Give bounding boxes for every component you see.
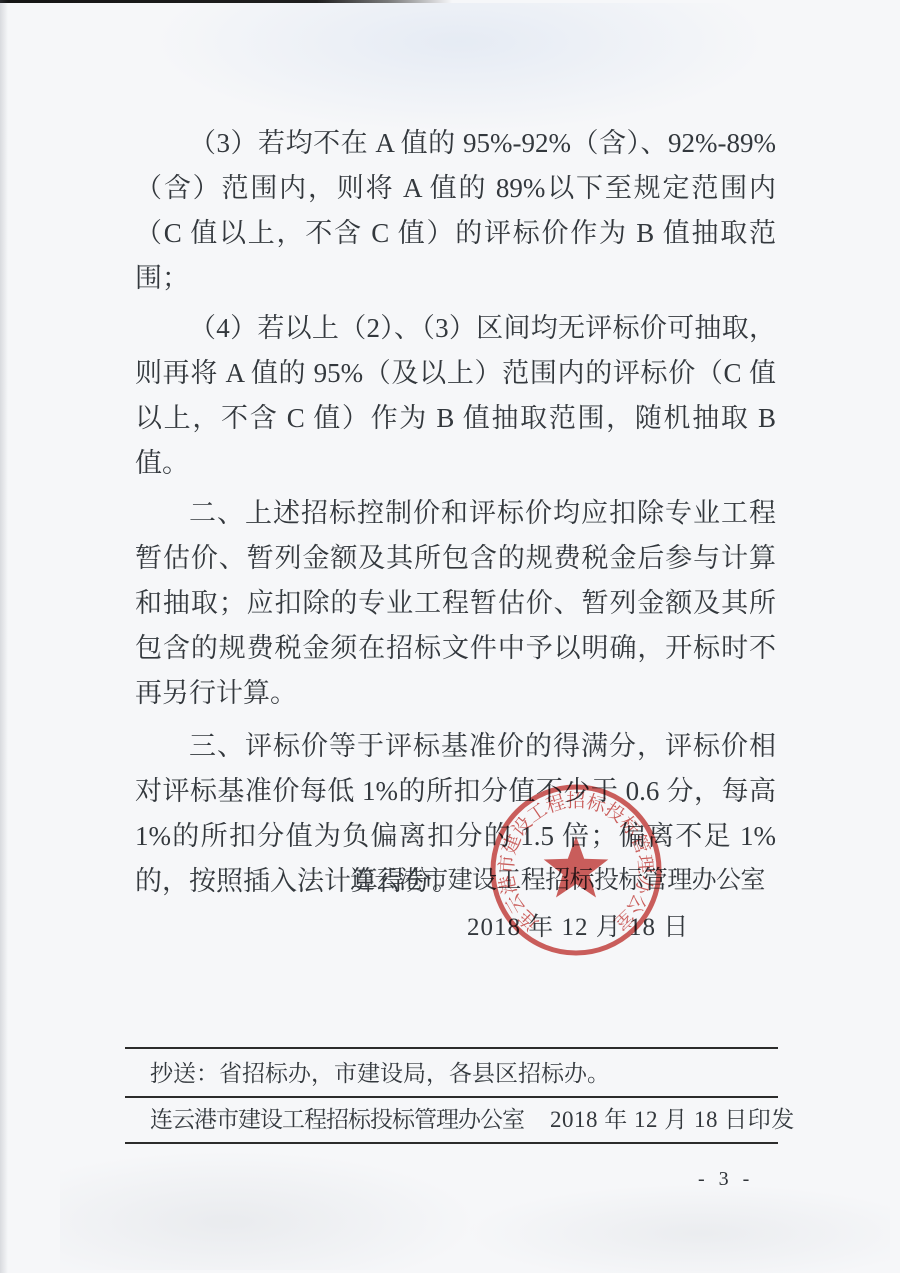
footer-cc-line: 抄送：省招标办，市建设局，各县区招标办。: [150, 1060, 610, 1088]
footer-print-date: 2018 年 12 月 18 日印发: [550, 1106, 795, 1134]
footer-rule-middle: [125, 1096, 778, 1098]
footer-issue-line: 连云港市建设工程招标投标管理办公室 2018 年 12 月 18 日印发: [150, 1106, 795, 1134]
scan-artifact-noise: [470, 1185, 890, 1273]
scan-artifact-tint: [150, 3, 770, 133]
document-body: （3）若均不在 A 值的 95%-92%（含）、92%-89%（含）范围内，则将…: [135, 121, 776, 904]
footer-rule-top: [125, 1047, 778, 1049]
footer-issuer: 连云港市建设工程招标投标管理办公室: [150, 1106, 524, 1134]
footer-rule-bottom: [125, 1142, 778, 1144]
body-paragraph-er: 二、上述招标控制价和评标价均应扣除专业工程暂估价、暂列金额及其所包含的规费税金后…: [135, 491, 776, 716]
document-page: （3）若均不在 A 值的 95%-92%（含）、92%-89%（含）范围内，则将…: [0, 0, 900, 1273]
page-number: - 3 -: [698, 1167, 749, 1191]
scan-artifact-left-edge: [0, 0, 8, 1273]
seal-star-icon: [544, 836, 609, 898]
body-paragraph-4: （4）若以上（2）、（3）区间均无评标价可抽取，则再将 A 值的 95%（及以上…: [135, 306, 776, 486]
scan-artifact-noise: [60, 1150, 480, 1270]
official-seal: 连云港市建设工程招标投标管理办公室: [476, 770, 676, 970]
body-paragraph-3: （3）若均不在 A 值的 95%-92%（含）、92%-89%（含）范围内，则将…: [135, 121, 776, 301]
